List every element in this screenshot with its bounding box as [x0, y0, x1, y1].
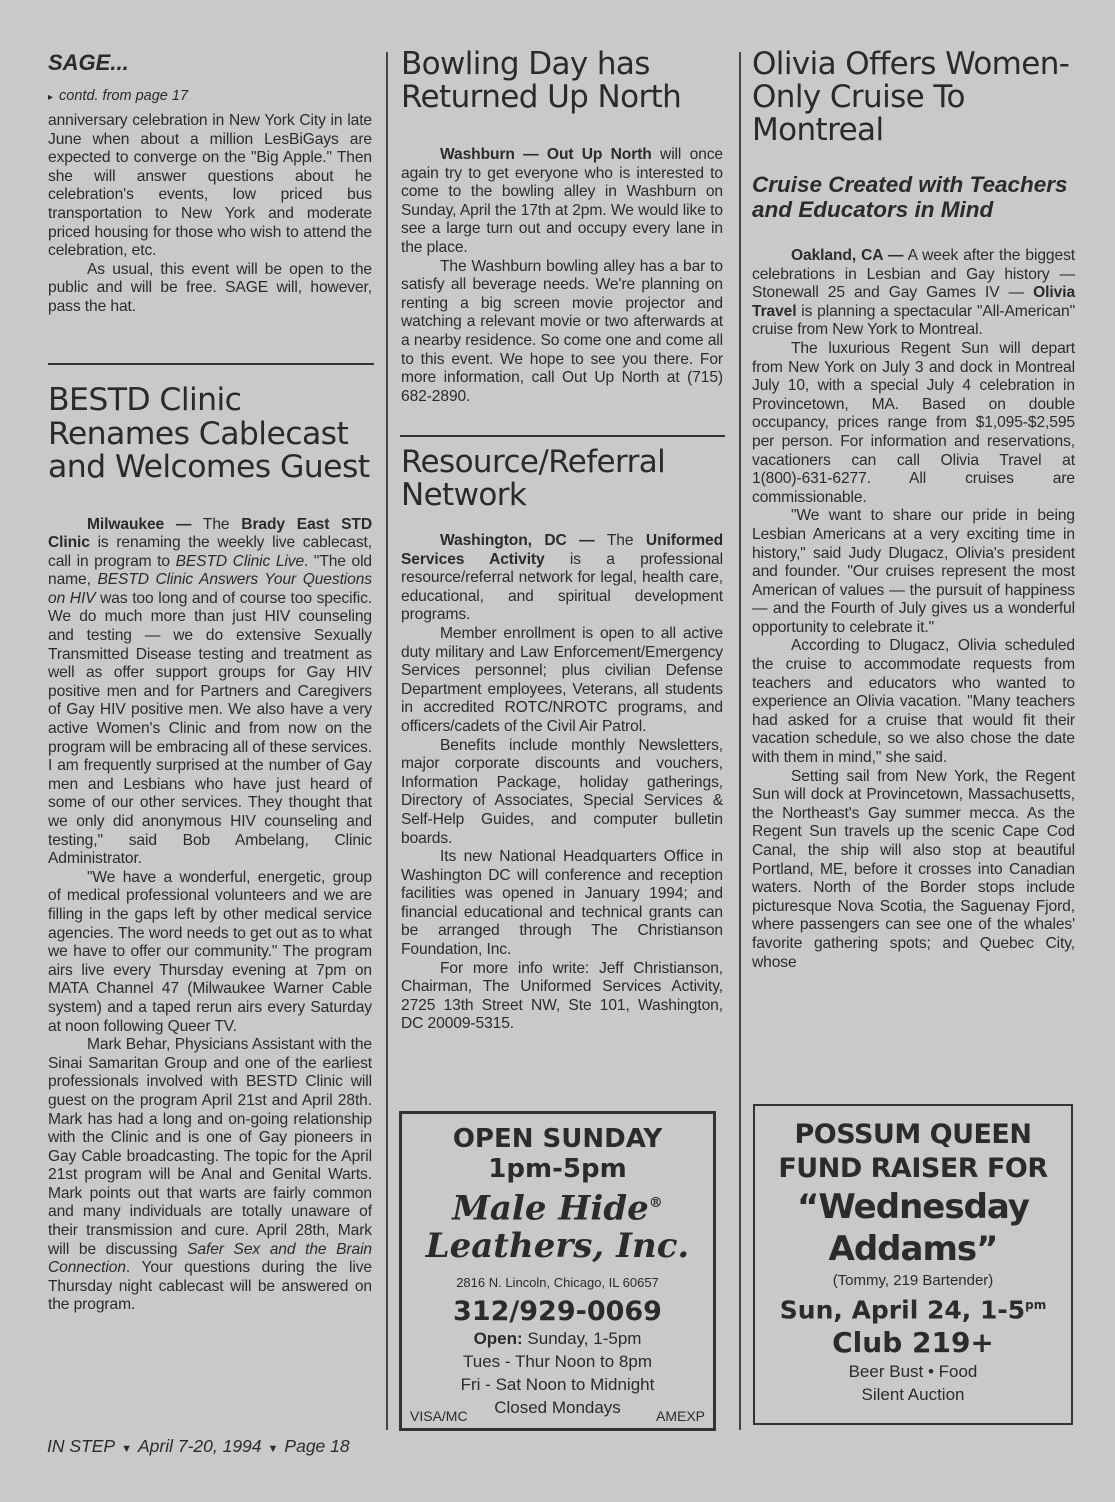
- article-divider: [48, 363, 374, 365]
- paragraph: Benefits include monthly Newsletters, ma…: [401, 737, 723, 849]
- article-body: anniversary celebration in New York City…: [48, 112, 372, 317]
- article-body: Washburn — Out Up North will once again …: [401, 146, 723, 406]
- paragraph: Washburn — Out Up North will once again …: [401, 146, 723, 258]
- paragraph: For more info write: Jeff Christianson, …: [401, 960, 723, 1034]
- ad-when: Sun, April 24, 1-5pm: [755, 1289, 1071, 1326]
- ad-title-line1: POSSUM QUEEN: [755, 1118, 1071, 1152]
- triangle-icon: ▼: [121, 1443, 132, 1455]
- ad-hours-headline: 1pm-5pm: [402, 1154, 713, 1184]
- ad-address: 2816 N. Lincoln, Chicago, IL 60657: [402, 1275, 713, 1290]
- registered-mark: ®: [649, 1195, 663, 1211]
- dateline: Milwaukee —: [87, 516, 191, 533]
- column-2-lower: Resource/Referral Network Washington, DC…: [401, 446, 723, 1034]
- paragraph: Milwaukee — The Brady East STD Clinic is…: [48, 516, 372, 869]
- paragraph: "We want to share our pride in being Les…: [752, 507, 1075, 637]
- newspaper-page: SAGE... ▸contd. from page 17 anniversary…: [0, 0, 1115, 1502]
- paragraph: The Washburn bowling alley has a bar to …: [401, 258, 723, 407]
- article-body: Oakland, CA — A week after the biggest c…: [752, 247, 1075, 972]
- paragraph: Mark Behar, Physicians Assistant with th…: [48, 1036, 372, 1315]
- page-number: Page 18: [284, 1436, 349, 1456]
- ad-name-line1: “Wednesday: [755, 1186, 1071, 1228]
- triangle-icon: ▼: [268, 1443, 279, 1455]
- ad-phone: 312/929-0069: [402, 1296, 713, 1327]
- headline-bowling: Bowling Day has Returned Up North: [401, 48, 723, 114]
- paragraph: Oakland, CA — A week after the biggest c…: [752, 247, 1075, 340]
- article-body: Washington, DC — The Uniformed Services …: [401, 532, 723, 1034]
- article-resource: Resource/Referral Network Washington, DC…: [401, 446, 723, 1034]
- arrow-icon: ▸: [48, 92, 53, 103]
- headline-bestd: BESTD Clinic Renames Cablecast and Welco…: [48, 384, 372, 485]
- column-rule-left: [386, 52, 388, 1430]
- dateline: Oakland, CA —: [791, 247, 903, 264]
- article-olivia: Olivia Offers Women-Only Cruise To Montr…: [752, 48, 1075, 972]
- ad-payment-methods: VISA/MC AMEXP: [410, 1408, 705, 1424]
- ad-possum-queen-fundraiser: POSSUM QUEEN FUND RAISER FOR “Wednesday …: [753, 1104, 1073, 1425]
- paragraph: As usual, this event will be open to the…: [48, 261, 372, 317]
- headline-olivia: Olivia Offers Women-Only Cruise To Montr…: [752, 48, 1082, 147]
- article-bowling: Bowling Day has Returned Up North Washbu…: [401, 48, 723, 406]
- paragraph: Washington, DC — The Uniformed Services …: [401, 532, 723, 625]
- column-1-lower: BESTD Clinic Renames Cablecast and Welco…: [48, 384, 372, 1315]
- continued-from-label: contd. from page 17: [59, 88, 188, 104]
- ad-title-line2: FUND RAISER FOR: [755, 1152, 1071, 1186]
- ad-brand-line2: Leathers, Inc.: [402, 1227, 713, 1265]
- program-name: BESTD Clinic Live: [176, 553, 304, 570]
- column-2: Bowling Day has Returned Up North Washbu…: [401, 48, 723, 406]
- paragraph: Member enrollment is open to all active …: [401, 625, 723, 737]
- issue-date: April 7-20, 1994: [138, 1436, 262, 1456]
- ad-male-hide-leathers: OPEN SUNDAY 1pm-5pm Male Hide® Leathers,…: [399, 1111, 716, 1431]
- paragraph: The luxurious Regent Sun will depart fro…: [752, 340, 1075, 507]
- kicker-sage: SAGE...: [48, 50, 372, 76]
- ad-who: (Tommy, 219 Bartender): [755, 1272, 1071, 1289]
- column-rule-right: [739, 52, 741, 1430]
- paragraph: According to Dlugacz, Olivia scheduled t…: [752, 637, 1075, 767]
- subheadline-olivia: Cruise Created with Teachers and Educato…: [752, 172, 1075, 222]
- ad-where: Club 219+: [755, 1326, 1071, 1360]
- continued-from: ▸contd. from page 17: [48, 88, 372, 104]
- article-bestd: BESTD Clinic Renames Cablecast and Welco…: [48, 384, 372, 1315]
- paragraph: anniversary celebration in New York City…: [48, 112, 372, 261]
- paragraph: Its new National Headquarters Office in …: [401, 848, 723, 960]
- headline-resource: Resource/Referral Network: [401, 446, 723, 512]
- ad-extras: Silent Auction: [755, 1383, 1071, 1406]
- dateline: Washburn — Out Up North: [440, 146, 652, 163]
- ad-hours: Open: Sunday, 1-5pm Tues - Thur Noon to …: [402, 1327, 713, 1419]
- ad-extras: Beer Bust • Food: [755, 1360, 1071, 1383]
- paragraph: "We have a wonderful, energetic, group o…: [48, 869, 372, 1036]
- ad-name-line2: Addams”: [755, 1228, 1071, 1270]
- page-footer: IN STEP▼April 7-20, 1994▼Page 18: [47, 1436, 350, 1457]
- column-1: SAGE... ▸contd. from page 17 anniversary…: [48, 50, 372, 317]
- column-3: Olivia Offers Women-Only Cruise To Montr…: [752, 48, 1075, 972]
- article-sage-continued: SAGE... ▸contd. from page 17 anniversary…: [48, 50, 372, 317]
- ad-open-sunday: OPEN SUNDAY: [402, 1124, 713, 1154]
- article-body: Milwaukee — The Brady East STD Clinic is…: [48, 516, 372, 1316]
- paragraph: Setting sail from New York, the Regent S…: [752, 768, 1075, 973]
- ad-brand-line1: Male Hide®: [402, 1184, 713, 1227]
- dateline: Washington, DC —: [440, 532, 595, 549]
- article-divider: [400, 435, 725, 437]
- publication-name: IN STEP: [47, 1436, 115, 1456]
